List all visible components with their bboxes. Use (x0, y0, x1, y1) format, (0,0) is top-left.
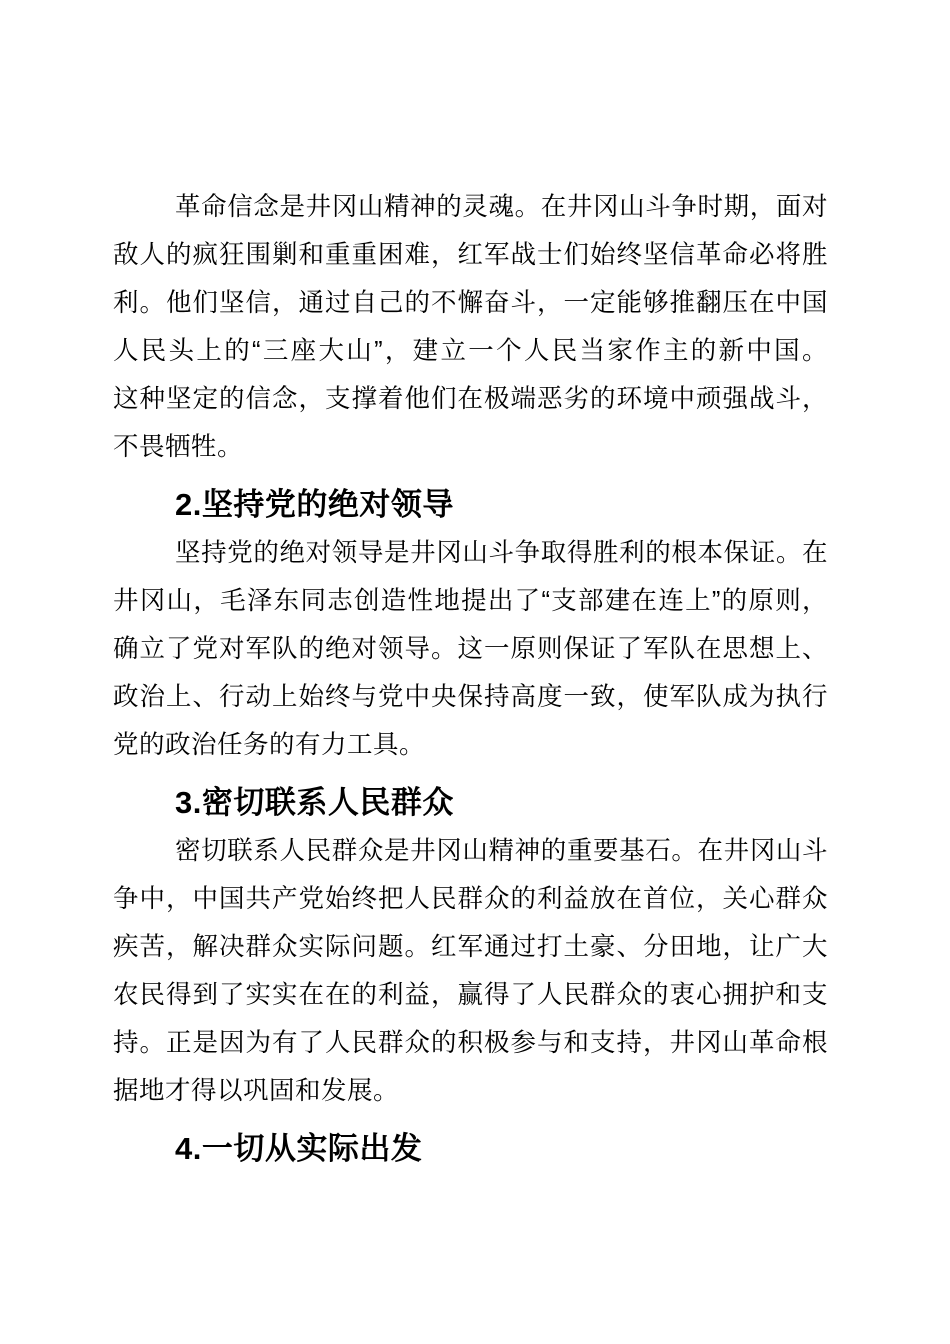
text-line: 确立了党对军队的绝对领导。这一原则保证了军队在思想上、 (113, 625, 828, 673)
text-line: 争中，中国共产党始终把人民群众的利益放在首位，关心群众 (113, 875, 828, 923)
text-line: 政治上、行动上始终与党中央保持高度一致，使军队成为执行 (113, 673, 828, 721)
section-heading: 4.一切从实际出发 (113, 1125, 828, 1173)
text-line: 坚持党的绝对领导是井冈山斗争取得胜利的根本保证。在 (113, 529, 828, 577)
section-heading: 3.密切联系人民群众 (113, 779, 828, 827)
section-heading: 2.坚持党的绝对领导 (113, 481, 828, 529)
text-line: 持。正是因为有了人民群众的积极参与和支持，井冈山革命根 (113, 1019, 828, 1067)
text-line: 不畏牺牲。 (113, 423, 828, 471)
text-line: 疾苦，解决群众实际问题。红军通过打土豪、分田地，让广大 (113, 923, 828, 971)
text-line: 据地才得以巩固和发展。 (113, 1067, 828, 1115)
text-line: 利。他们坚信，通过自己的不懈奋斗，一定能够推翻压在中国 (113, 279, 828, 327)
document-page: 革命信念是井冈山精神的灵魂。在井冈山斗争时期，面对敌人的疯狂围剿和重重困难，红军… (0, 0, 950, 1344)
text-line: 人民头上的“三座大山”，建立一个人民当家作主的新中国。 (113, 327, 828, 375)
document-content: 革命信念是井冈山精神的灵魂。在井冈山斗争时期，面对敌人的疯狂围剿和重重困难，红军… (113, 183, 828, 1173)
text-line: 敌人的疯狂围剿和重重困难，红军战士们始终坚信革命必将胜 (113, 231, 828, 279)
text-line: 密切联系人民群众是井冈山精神的重要基石。在井冈山斗 (113, 827, 828, 875)
text-line: 这种坚定的信念，支撑着他们在极端恶劣的环境中顽强战斗， (113, 375, 828, 423)
text-line: 革命信念是井冈山精神的灵魂。在井冈山斗争时期，面对 (113, 183, 828, 231)
text-line: 农民得到了实实在在的利益，赢得了人民群众的衷心拥护和支 (113, 971, 828, 1019)
text-line: 党的政治任务的有力工具。 (113, 721, 828, 769)
text-line: 井冈山，毛泽东同志创造性地提出了“支部建在连上”的原则， (113, 577, 828, 625)
